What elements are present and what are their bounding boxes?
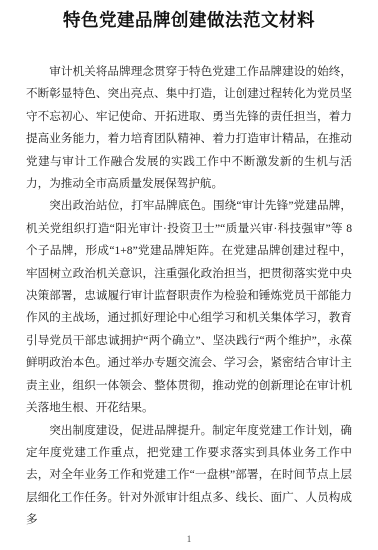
document-title: 特色党建品牌创建做法范文材料 (0, 0, 378, 32)
body-paragraph: 突出政治站位，打牢品牌底色。围绕“审计先锋”党建品牌，机关党组织打造“阳光审计·… (26, 195, 352, 419)
document-body: 审计机关将品牌理念贯穿于特色党建工作品牌建设的始终，不断彰显特色、突出亮点、集中… (26, 61, 352, 532)
body-paragraph: 突出制度建设，促进品牌提升。制定年度党建工作计划，确定年度党建工作重点，把党建工… (26, 420, 352, 532)
page-number: 1 (0, 534, 378, 544)
body-paragraph: 审计机关将品牌理念贯穿于特色党建工作品牌建设的始终，不断彰显特色、突出亮点、集中… (26, 61, 352, 195)
document-page: 特色党建品牌创建做法范文材料 审计机关将品牌理念贯穿于特色党建工作品牌建设的始终… (0, 0, 378, 550)
